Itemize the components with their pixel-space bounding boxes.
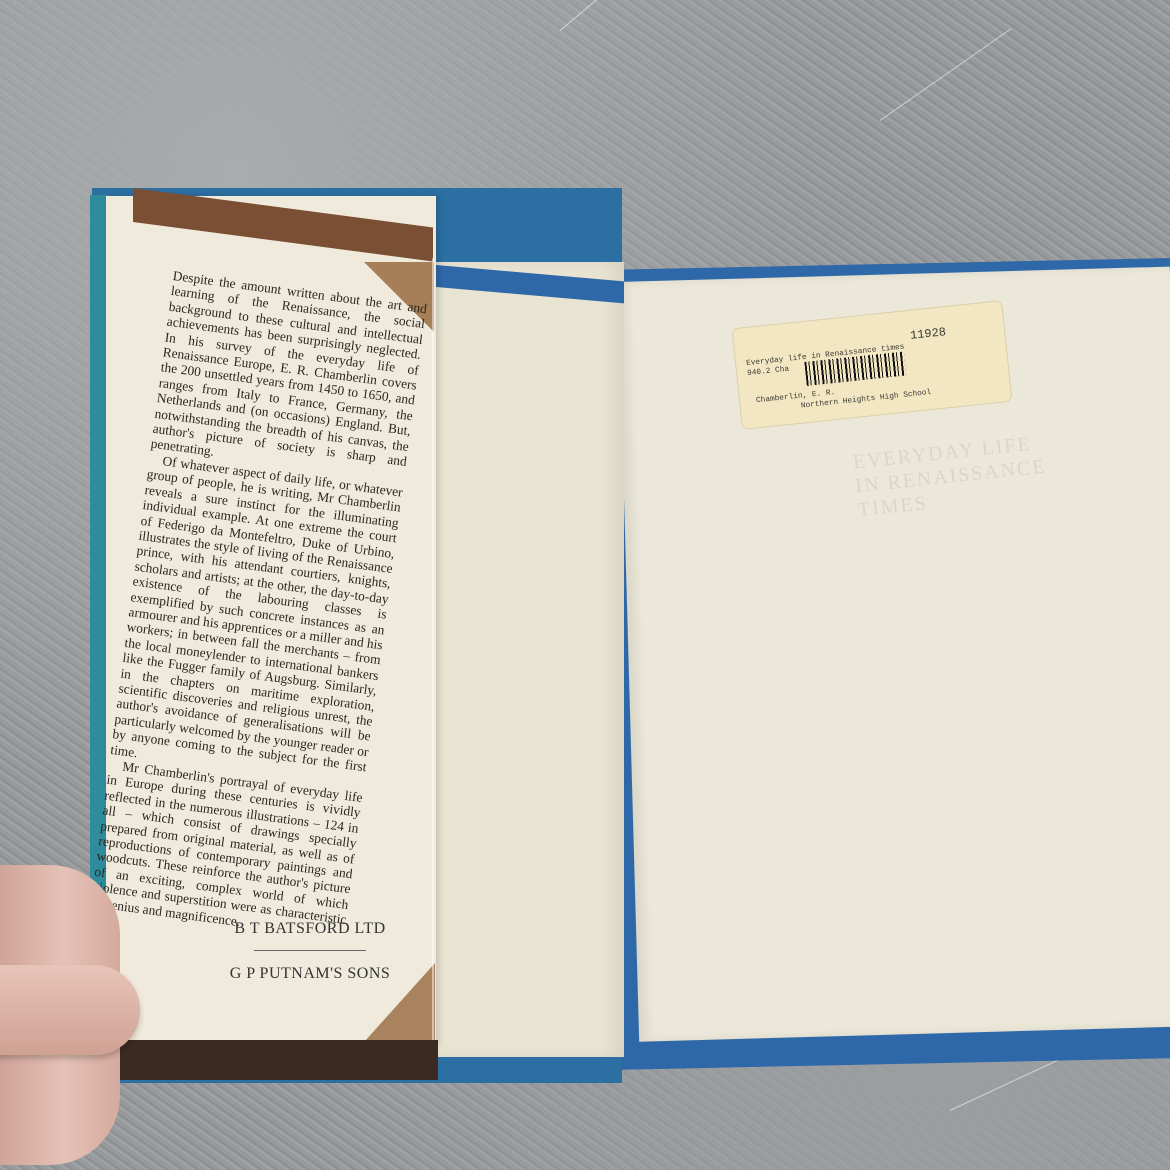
publisher-divider (254, 950, 366, 951)
surface-scratch (880, 28, 1012, 121)
blurb-paragraph: Mr Chamberlin's portrayal of everyday li… (90, 757, 364, 943)
hand-thumb (0, 965, 140, 1055)
surface-scratch (560, 0, 699, 31)
publisher-putnam: G P PUTNAM'S SONS (190, 965, 430, 983)
publisher-batsford: B T BATSFORD LTD (190, 920, 430, 938)
blurb-paragraph: Of whatever aspect of daily life, or wha… (110, 451, 404, 790)
surface-scratch (950, 1059, 1059, 1111)
blurb-paragraph: Despite the amount written about the art… (150, 268, 428, 485)
call-number: 940.2 Cha (747, 366, 790, 378)
mylar-cover-edge (432, 258, 434, 1048)
accession-number: 11928 (909, 325, 946, 343)
publisher-block: B T BATSFORD LTD G P PUTNAM'S SONS (190, 920, 430, 983)
jacket-bottom-edge (108, 1040, 438, 1080)
